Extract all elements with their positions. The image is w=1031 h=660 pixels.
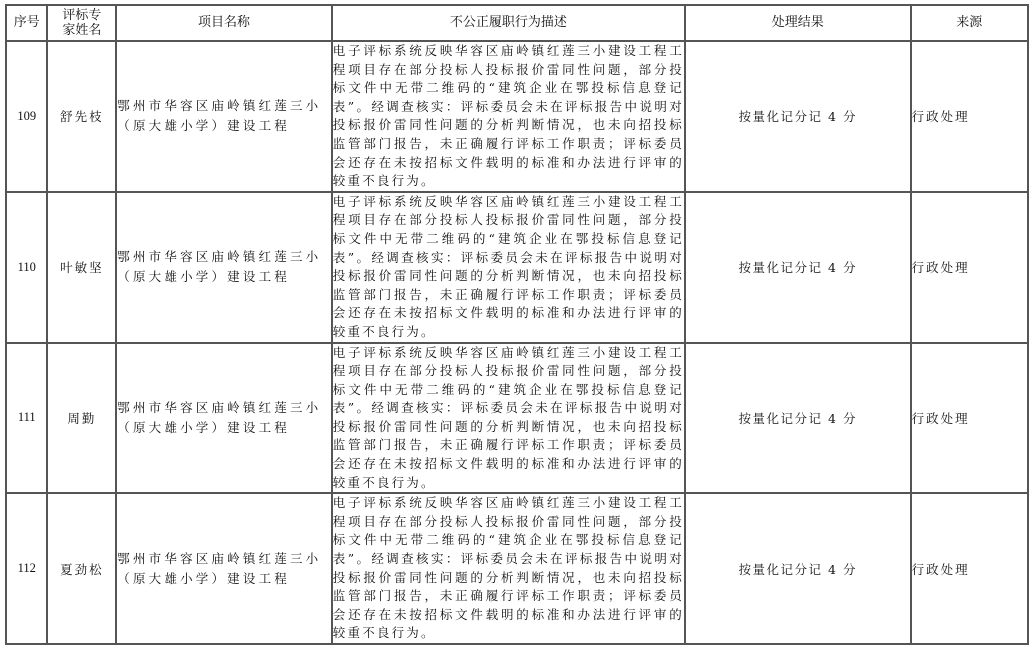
- row-project-name: 鄂州市华容区庙岭镇红莲三小（原大雄小学）建设工程: [116, 493, 332, 644]
- expert-misconduct-table: 序号 评标专家姓名 项目名称 不公正履职行为描述 处理结果 来源 109 舒先枝…: [5, 4, 1029, 645]
- row-description: 电子评标系统反映华容区庙岭镇红莲三小建设工程工程项目存在部分投标人投标报价雷同性…: [332, 192, 685, 343]
- row-expert-name: 舒先枝: [47, 41, 116, 192]
- header-row: 序号 评标专家姓名 项目名称 不公正履职行为描述 处理结果 来源: [6, 5, 1028, 41]
- header-expert-name: 评标专家姓名: [47, 5, 116, 41]
- header-expert-name-label: 评标专家姓名: [58, 8, 106, 38]
- row-expert-name: 夏劲松: [47, 493, 116, 644]
- table-body: 109 舒先枝 鄂州市华容区庙岭镇红莲三小（原大雄小学）建设工程 电子评标系统反…: [6, 41, 1028, 644]
- row-project-name: 鄂州市华容区庙岭镇红莲三小（原大雄小学）建设工程: [116, 192, 332, 343]
- table-row: 109 舒先枝 鄂州市华容区庙岭镇红莲三小（原大雄小学）建设工程 电子评标系统反…: [6, 41, 1028, 192]
- row-source: 行政处理: [911, 192, 1028, 343]
- header-no: 序号: [6, 5, 47, 41]
- header-source: 来源: [911, 5, 1028, 41]
- row-no: 111: [6, 343, 47, 494]
- row-project-name: 鄂州市华容区庙岭镇红莲三小（原大雄小学）建设工程: [116, 41, 332, 192]
- row-expert-name: 周勤: [47, 343, 116, 494]
- row-no: 110: [6, 192, 47, 343]
- table-row: 111 周勤 鄂州市华容区庙岭镇红莲三小（原大雄小学）建设工程 电子评标系统反映…: [6, 343, 1028, 494]
- header-result: 处理结果: [685, 5, 911, 41]
- row-description: 电子评标系统反映华容区庙岭镇红莲三小建设工程工程项目存在部分投标人投标报价雷同性…: [332, 41, 685, 192]
- row-no: 112: [6, 493, 47, 644]
- row-no: 109: [6, 41, 47, 192]
- header-description: 不公正履职行为描述: [332, 5, 685, 41]
- table-row: 112 夏劲松 鄂州市华容区庙岭镇红莲三小（原大雄小学）建设工程 电子评标系统反…: [6, 493, 1028, 644]
- row-description: 电子评标系统反映华容区庙岭镇红莲三小建设工程工程项目存在部分投标人投标报价雷同性…: [332, 493, 685, 644]
- header-project-name: 项目名称: [116, 5, 332, 41]
- row-result: 按量化记分记 4 分: [685, 192, 911, 343]
- row-source: 行政处理: [911, 41, 1028, 192]
- table-row: 110 叶敏坚 鄂州市华容区庙岭镇红莲三小（原大雄小学）建设工程 电子评标系统反…: [6, 192, 1028, 343]
- row-result: 按量化记分记 4 分: [685, 41, 911, 192]
- row-description: 电子评标系统反映华容区庙岭镇红莲三小建设工程工程项目存在部分投标人投标报价雷同性…: [332, 343, 685, 494]
- table-header: 序号 评标专家姓名 项目名称 不公正履职行为描述 处理结果 来源: [6, 5, 1028, 41]
- row-result: 按量化记分记 4 分: [685, 493, 911, 644]
- row-expert-name: 叶敏坚: [47, 192, 116, 343]
- row-result: 按量化记分记 4 分: [685, 343, 911, 494]
- row-source: 行政处理: [911, 493, 1028, 644]
- row-project-name: 鄂州市华容区庙岭镇红莲三小（原大雄小学）建设工程: [116, 343, 332, 494]
- row-source: 行政处理: [911, 343, 1028, 494]
